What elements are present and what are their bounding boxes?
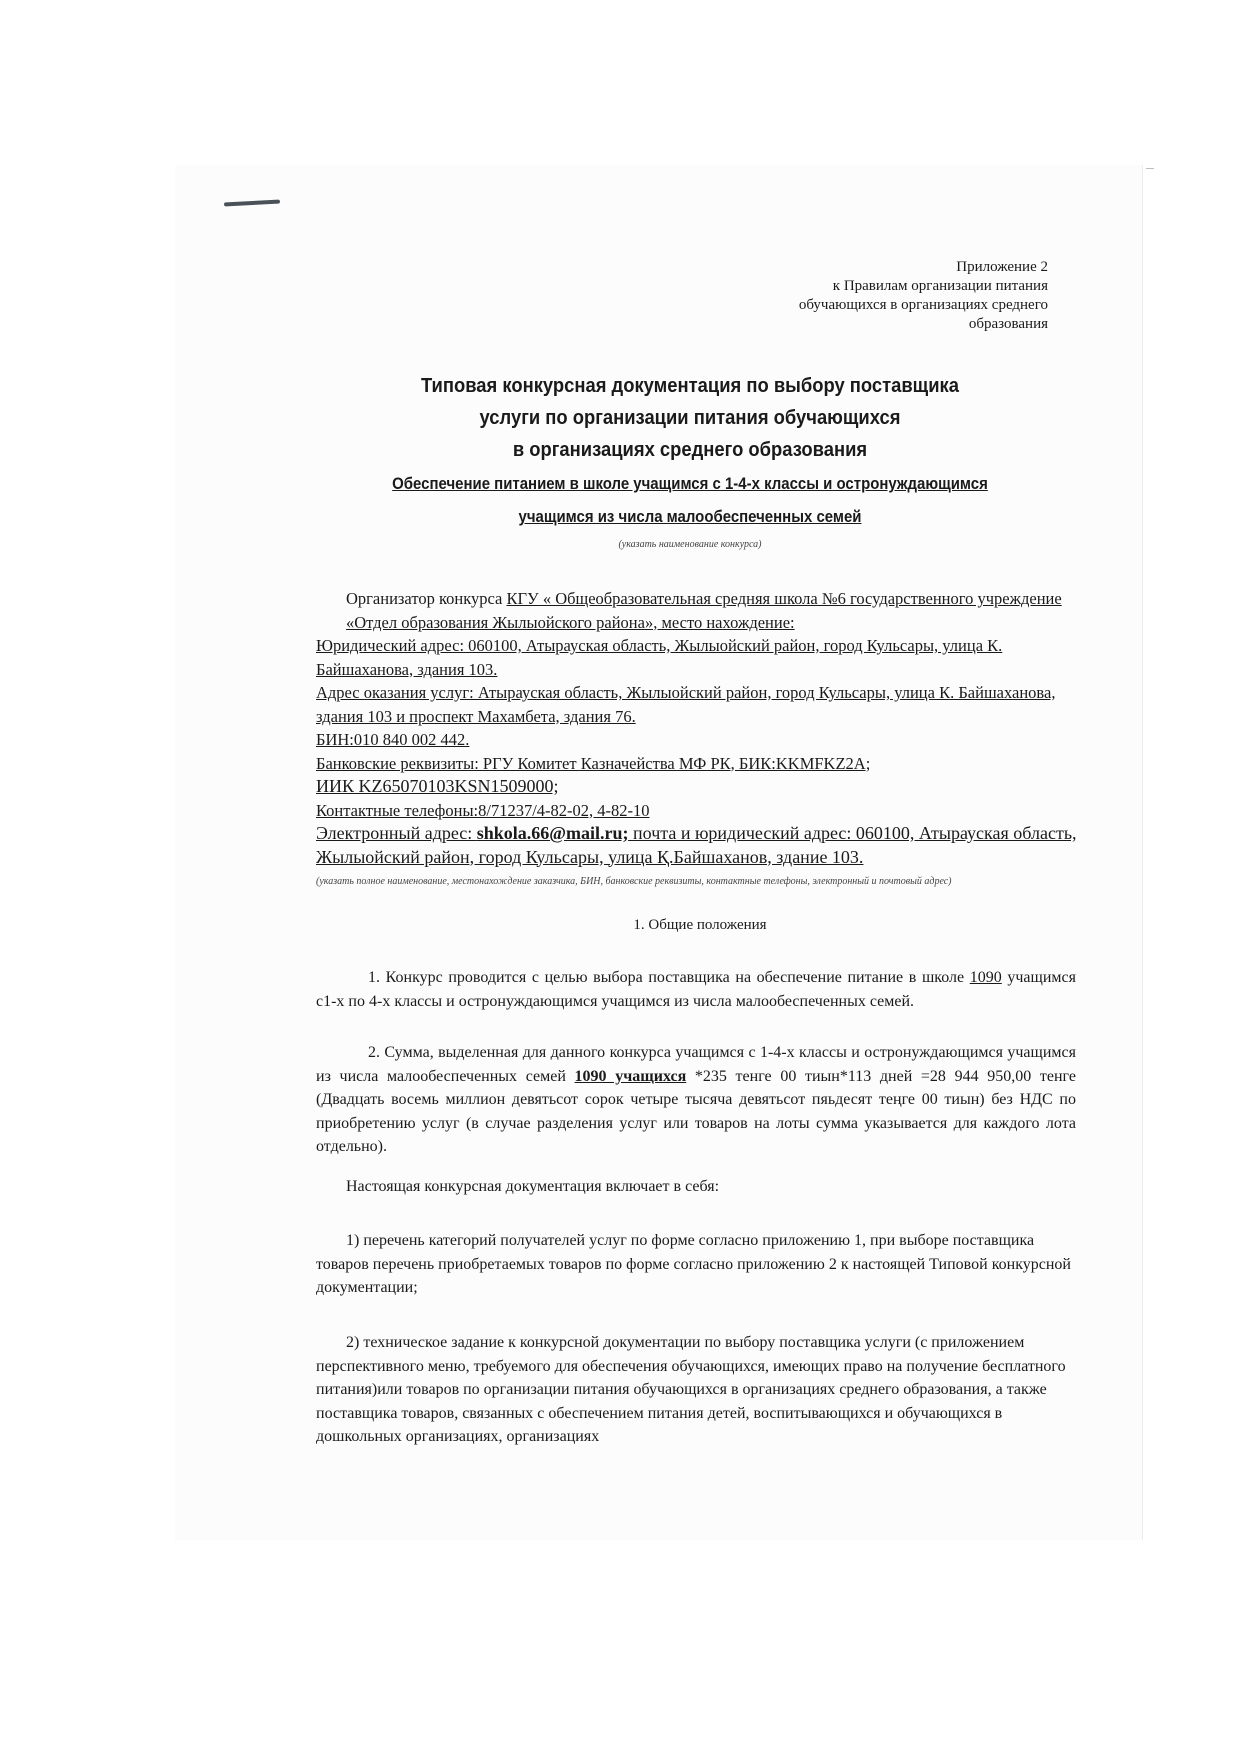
title-line: в организациях среднего образования [331,434,1049,466]
student-count-bold: 1090 учащихся [575,1068,687,1085]
appendix-line: к Правилам организации питания [799,277,1048,296]
service-address: Адрес оказания услуг: Атырауская область… [316,681,1096,728]
text: 1. Конкурс проводится с целью выбора пос… [368,969,970,986]
appendix-line: Приложение 2 [799,258,1048,277]
list-item-1: 1) перечень категорий получателей услуг … [316,1229,1076,1300]
bank-details: Банковские реквизиты: РГУ Комитет Казнач… [316,752,1096,776]
section-title: 1. Общие положения [300,917,1100,934]
scan-artifact [1146,168,1154,169]
organizer-hint: (указать полное наименование, местонахож… [316,871,1096,893]
title-line: услуги по организации питания обучающихс… [331,402,1049,434]
email-link[interactable]: shkola.66@mail.ru; [477,823,629,843]
contest-name: Обеспечение питанием в школе учащимся с … [347,467,1033,533]
title-line: Типовая конкурсная документация по выбор… [331,370,1049,402]
iik: ИИК KZ65070103KSN1509000; [316,775,1096,799]
appendix-header: Приложение 2 к Правилам организации пита… [799,258,1048,334]
contact-phones: Контактные телефоны:8/71237/4-82-02, 4-8… [316,799,1096,823]
legal-address: Юридический адрес: 060100, Атырауская об… [316,634,1096,681]
paragraph-3: Настоящая конкурсная документация включа… [316,1175,1076,1199]
organizer-block: Организатор конкурса КГУ « Общеобразоват… [316,587,1096,869]
organizer-prefix: Организатор конкурса [346,589,506,608]
paragraph-1: 1. Конкурс проводится с целью выбора пос… [316,966,1076,1013]
contest-name-line: Обеспечение питанием в школе учащимся с … [347,467,1033,500]
contest-name-hint: (указать наименование конкурса) [300,539,1080,550]
email-label: Электронный адрес: [316,823,477,843]
list-item-2: 2) техническое задание к конкурсной доку… [316,1331,1076,1449]
contest-name-line: учащимся из числа малообеспеченных семей [347,500,1033,533]
paragraph-2: 2. Сумма, выделенная для данного конкурс… [316,1041,1076,1159]
document-title: Типовая конкурсная документация по выбор… [331,370,1049,466]
student-count: 1090 [970,969,1002,986]
bin: БИН:010 840 002 442. [316,728,1096,752]
appendix-line: образования [799,315,1048,334]
appendix-line: обучающихся в организациях среднего [799,296,1048,315]
